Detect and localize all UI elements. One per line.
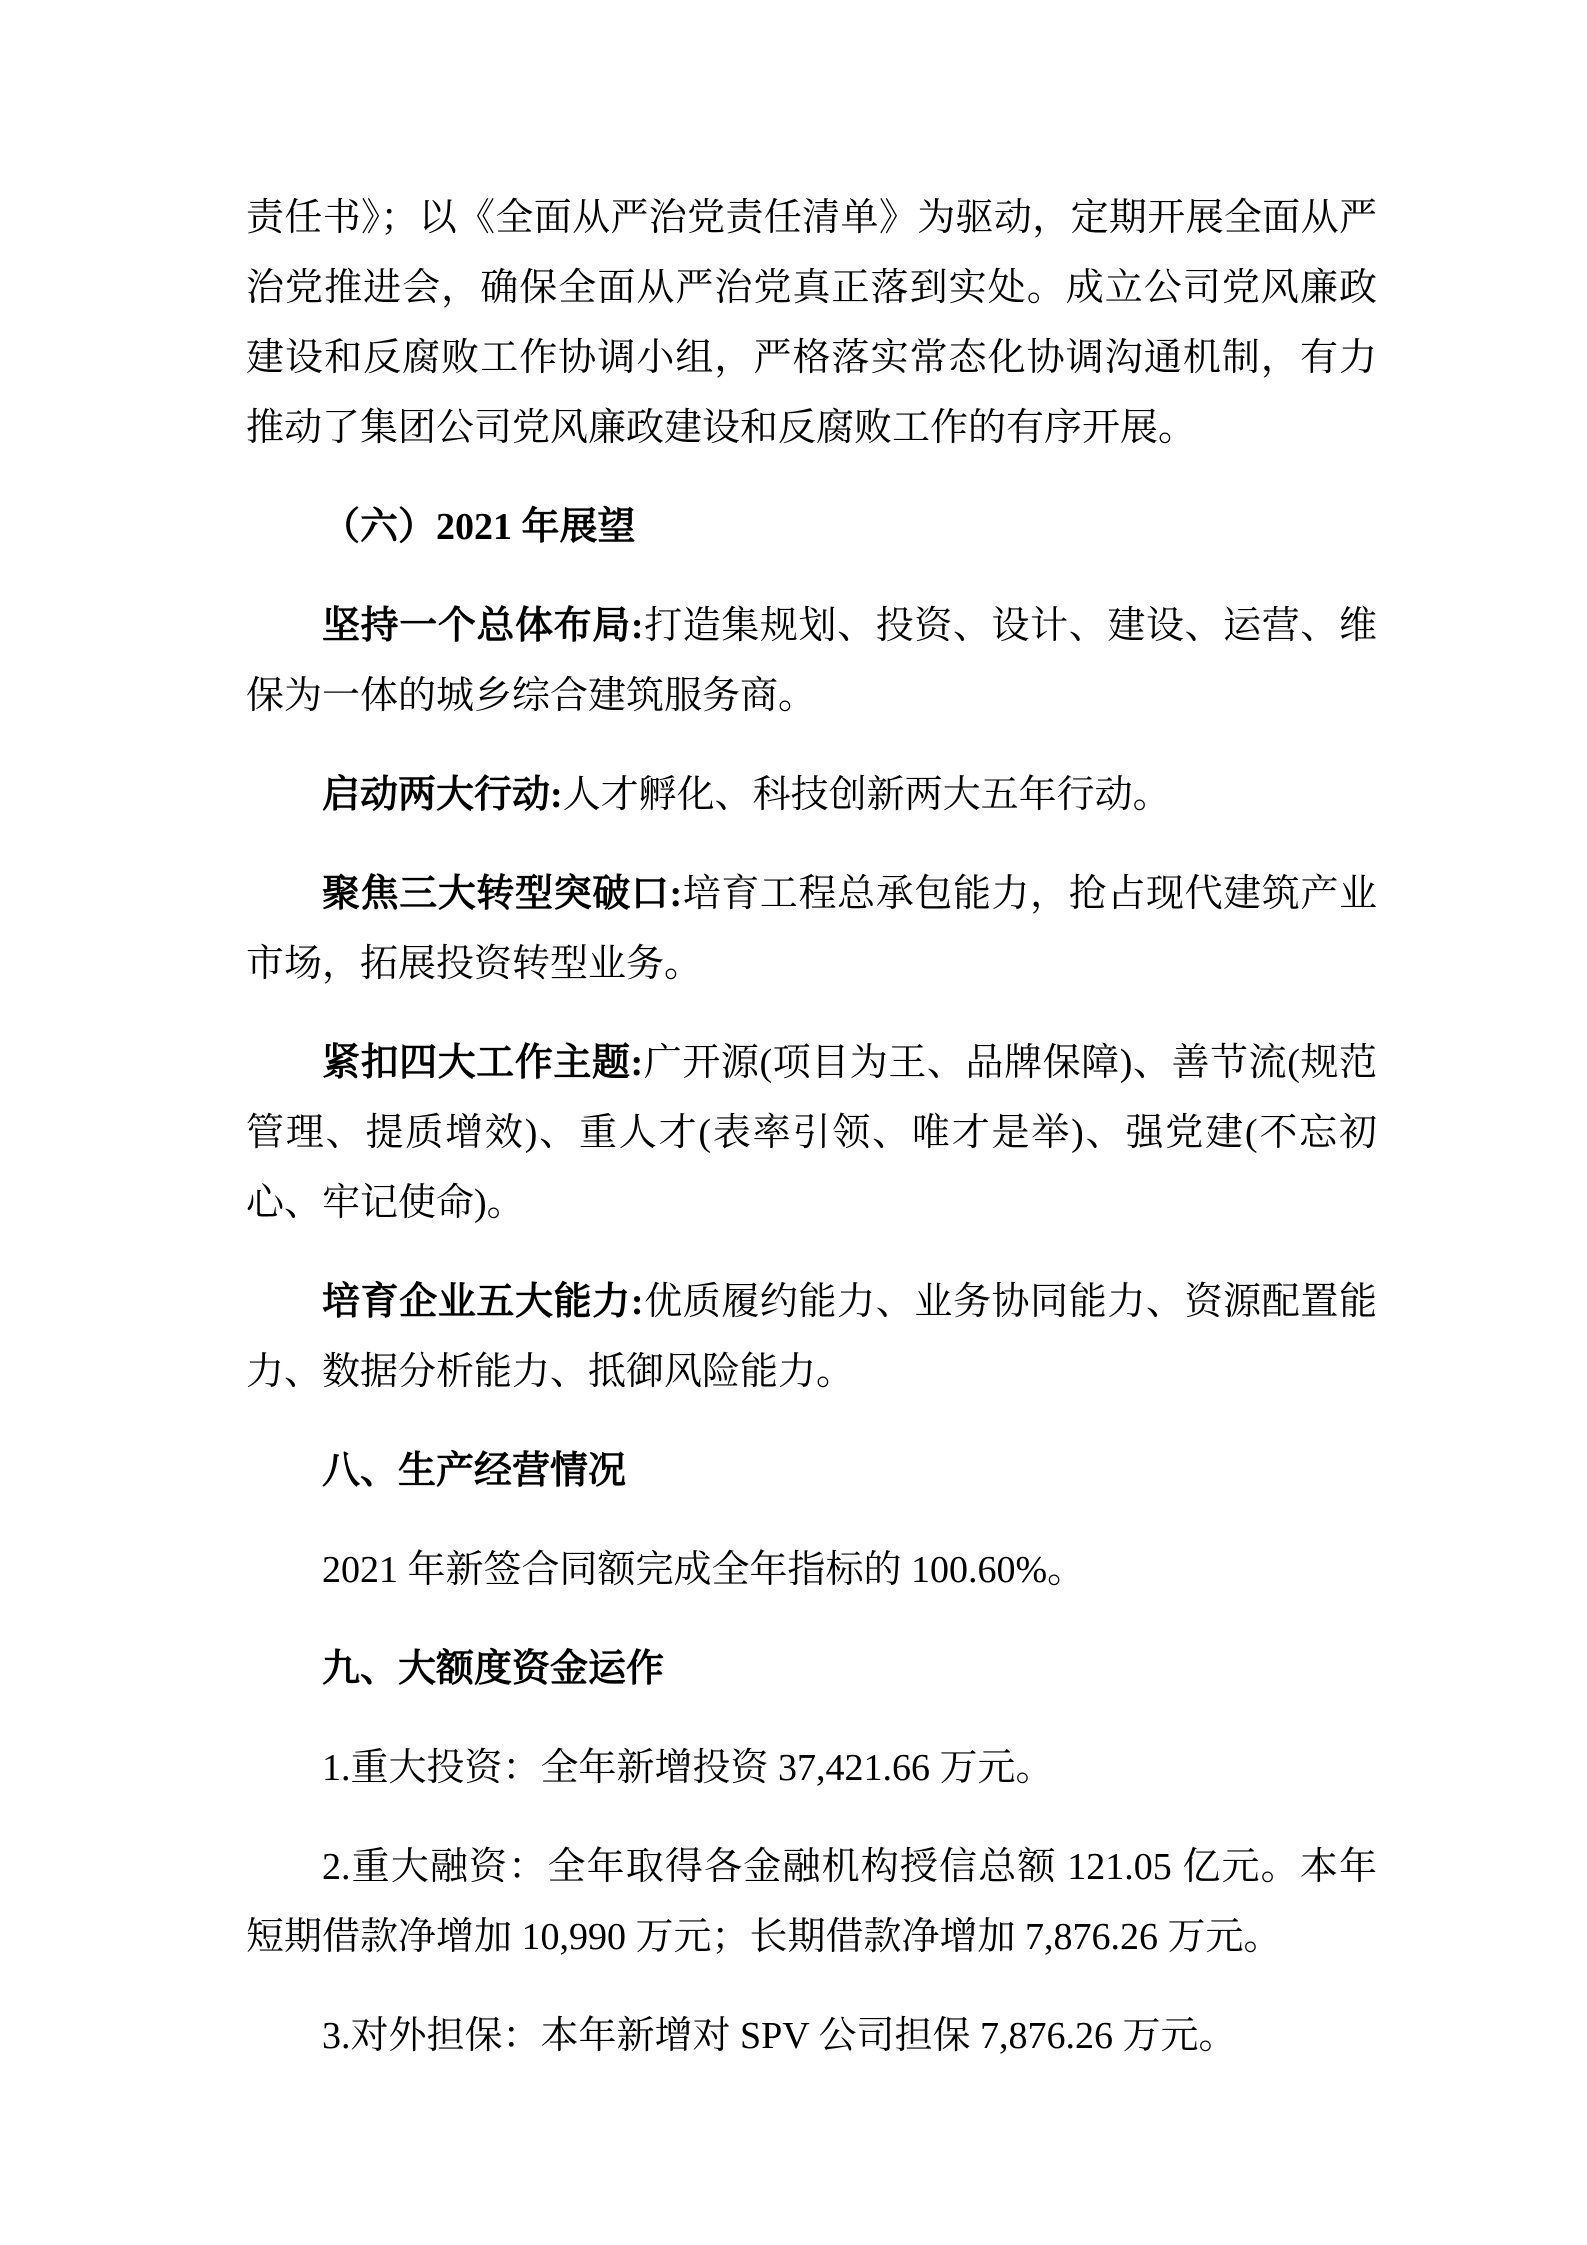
body-text: 人才孵化、科技创新两大五年行动。 [563,774,1171,816]
paragraph-external-guarantee: 3.对外担保：本年新增对 SPV 公司担保 7,876.26 万元。 [246,2001,1377,2071]
bold-lead-text: 坚持一个总体布局: [322,605,644,647]
paragraph-major-investment: 1.重大投资：全年新增投资 37,421.66 万元。 [246,1733,1377,1803]
paragraph-four-themes: 紧扣四大工作主题:广开源(项目为王、品牌保障)、善节流(规范管理、提质增效)、重… [246,1028,1377,1238]
bold-lead-text: 聚焦三大转型突破口: [322,873,682,915]
bold-lead-text: 八、生产经营情况 [322,1450,626,1492]
paragraph-two-actions: 启动两大行动:人才孵化、科技创新两大五年行动。 [246,760,1377,830]
heading-section-6-2021-outlook: （六）2021 年展望 [246,492,1377,562]
paragraph-contract-completion: 2021 年新签合同额完成全年指标的 100.60%。 [246,1535,1377,1605]
bold-lead-text: （六）2021 年展望 [322,506,636,548]
body-text: 2.重大融资：全年取得各金融机构授信总额 121.05 亿元。本年短期借款净增加… [246,1846,1377,1958]
paragraph-discipline-responsibility: 责任书》；以《全面从严治党责任清单》为驱动，定期开展全面从严治党推进会，确保全面… [246,183,1377,463]
heading-section-8-production-operations: 八、生产经营情况 [246,1436,1377,1506]
paragraph-five-capabilities: 培育企业五大能力:优质履约能力、业务协同能力、资源配置能力、数据分析能力、抵御风… [246,1267,1377,1407]
heading-section-9-large-funds: 九、大额度资金运作 [246,1634,1377,1704]
bold-lead-text: 紧扣四大工作主题: [322,1042,643,1084]
bold-lead-text: 培育企业五大能力: [322,1281,644,1323]
bold-lead-text: 九、大额度资金运作 [322,1648,664,1690]
body-text: 1.重大投资：全年新增投资 37,421.66 万元。 [322,1747,1054,1789]
document-content: 责任书》；以《全面从严治党责任清单》为驱动，定期开展全面从严治党推进会，确保全面… [246,183,1377,2100]
paragraph-three-breakthroughs: 聚焦三大转型突破口:培育工程总承包能力，抢占现代建筑产业市场，拓展投资转型业务。 [246,859,1377,999]
bold-lead-text: 启动两大行动: [322,774,563,816]
body-text: 3.对外担保：本年新增对 SPV 公司担保 7,876.26 万元。 [322,2015,1237,2057]
paragraph-major-financing: 2.重大融资：全年取得各金融机构授信总额 121.05 亿元。本年短期借款净增加… [246,1832,1377,1972]
body-text: 2021 年新签合同额完成全年指标的 100.60%。 [322,1549,1085,1591]
paragraph-overall-layout: 坚持一个总体布局:打造集规划、投资、设计、建设、运营、维保为一体的城乡综合建筑服… [246,591,1377,731]
body-text: 责任书》；以《全面从严治党责任清单》为驱动，定期开展全面从严治党推进会，确保全面… [246,197,1377,449]
document-page: 责任书》；以《全面从严治党责任清单》为驱动，定期开展全面从严治党推进会，确保全面… [0,0,1587,2245]
